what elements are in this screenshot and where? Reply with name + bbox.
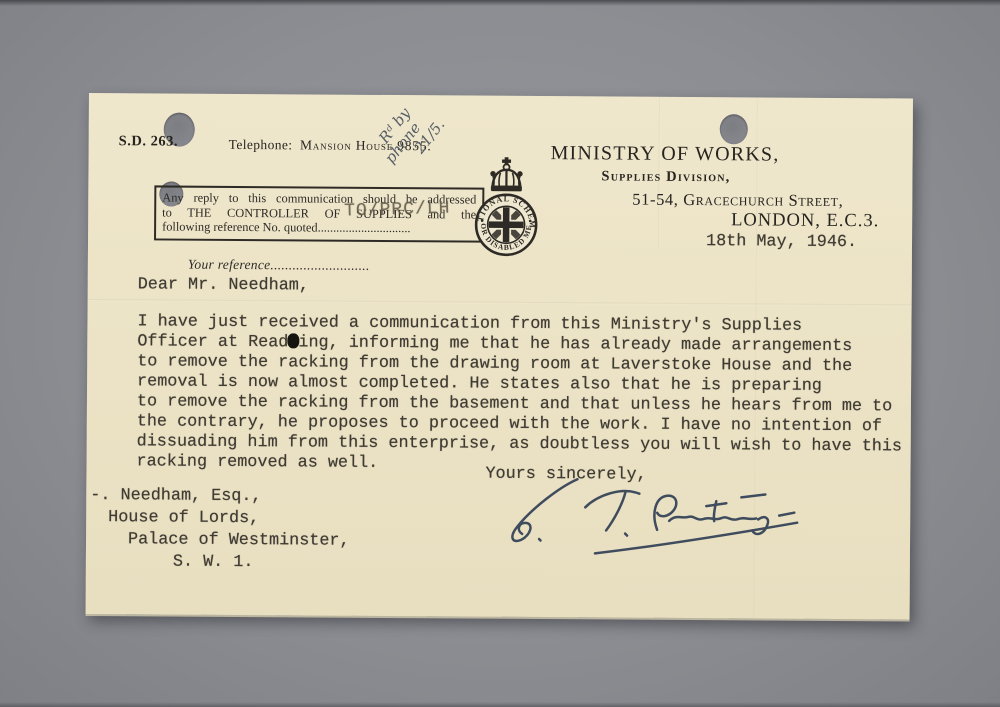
letterhead-division: Supplies Division, xyxy=(601,168,730,186)
national-scheme-disabled-men-badge: NATIONAL SCHEME FOR DISABLED MEN xyxy=(466,157,547,268)
crown-icon xyxy=(491,158,523,191)
form-number: S.D. 263. xyxy=(119,133,178,150)
body-line-2b: ing, informing me that he has already ma… xyxy=(298,333,852,356)
recipient-address-line: House of Lords, xyxy=(108,508,259,528)
your-reference-label: Your reference..........................… xyxy=(188,257,370,274)
letter-date: 18th May, 1946. xyxy=(706,232,857,252)
recipient-address-line: Palace of Westminster, xyxy=(128,530,350,550)
scan-background: S.D. 263. Telephone: Mansion House 9855.… xyxy=(0,0,1000,707)
letterhead-street: 51-54, Gracechurch Street, xyxy=(632,190,843,211)
body-line-2a: Officer at Read xyxy=(137,332,288,352)
reply-box-line: following reference No. quoted..........… xyxy=(162,220,476,237)
recipient-address-line: S. W. 1. xyxy=(173,553,254,573)
signature xyxy=(479,473,816,567)
reference-stamp: TO/PRC/LH xyxy=(344,199,451,222)
handwritten-annotation: Rᵈ by phone 21/5. xyxy=(369,95,449,177)
recipient-name: -. Needham, Esq., xyxy=(90,486,261,506)
letter-card: S.D. 263. Telephone: Mansion House 9855.… xyxy=(86,93,913,619)
letterhead-org: MINISTRY OF WORKS, xyxy=(551,142,780,167)
fold-crease-horizontal xyxy=(88,299,912,306)
letterhead-city: LONDON, E.C.3. xyxy=(731,210,879,232)
salutation: Dear Mr. Needham, xyxy=(138,275,309,295)
punch-hole-right xyxy=(720,114,748,144)
body-line-8: racking removed as well. xyxy=(136,452,378,473)
telephone-label: Telephone: xyxy=(229,137,293,152)
